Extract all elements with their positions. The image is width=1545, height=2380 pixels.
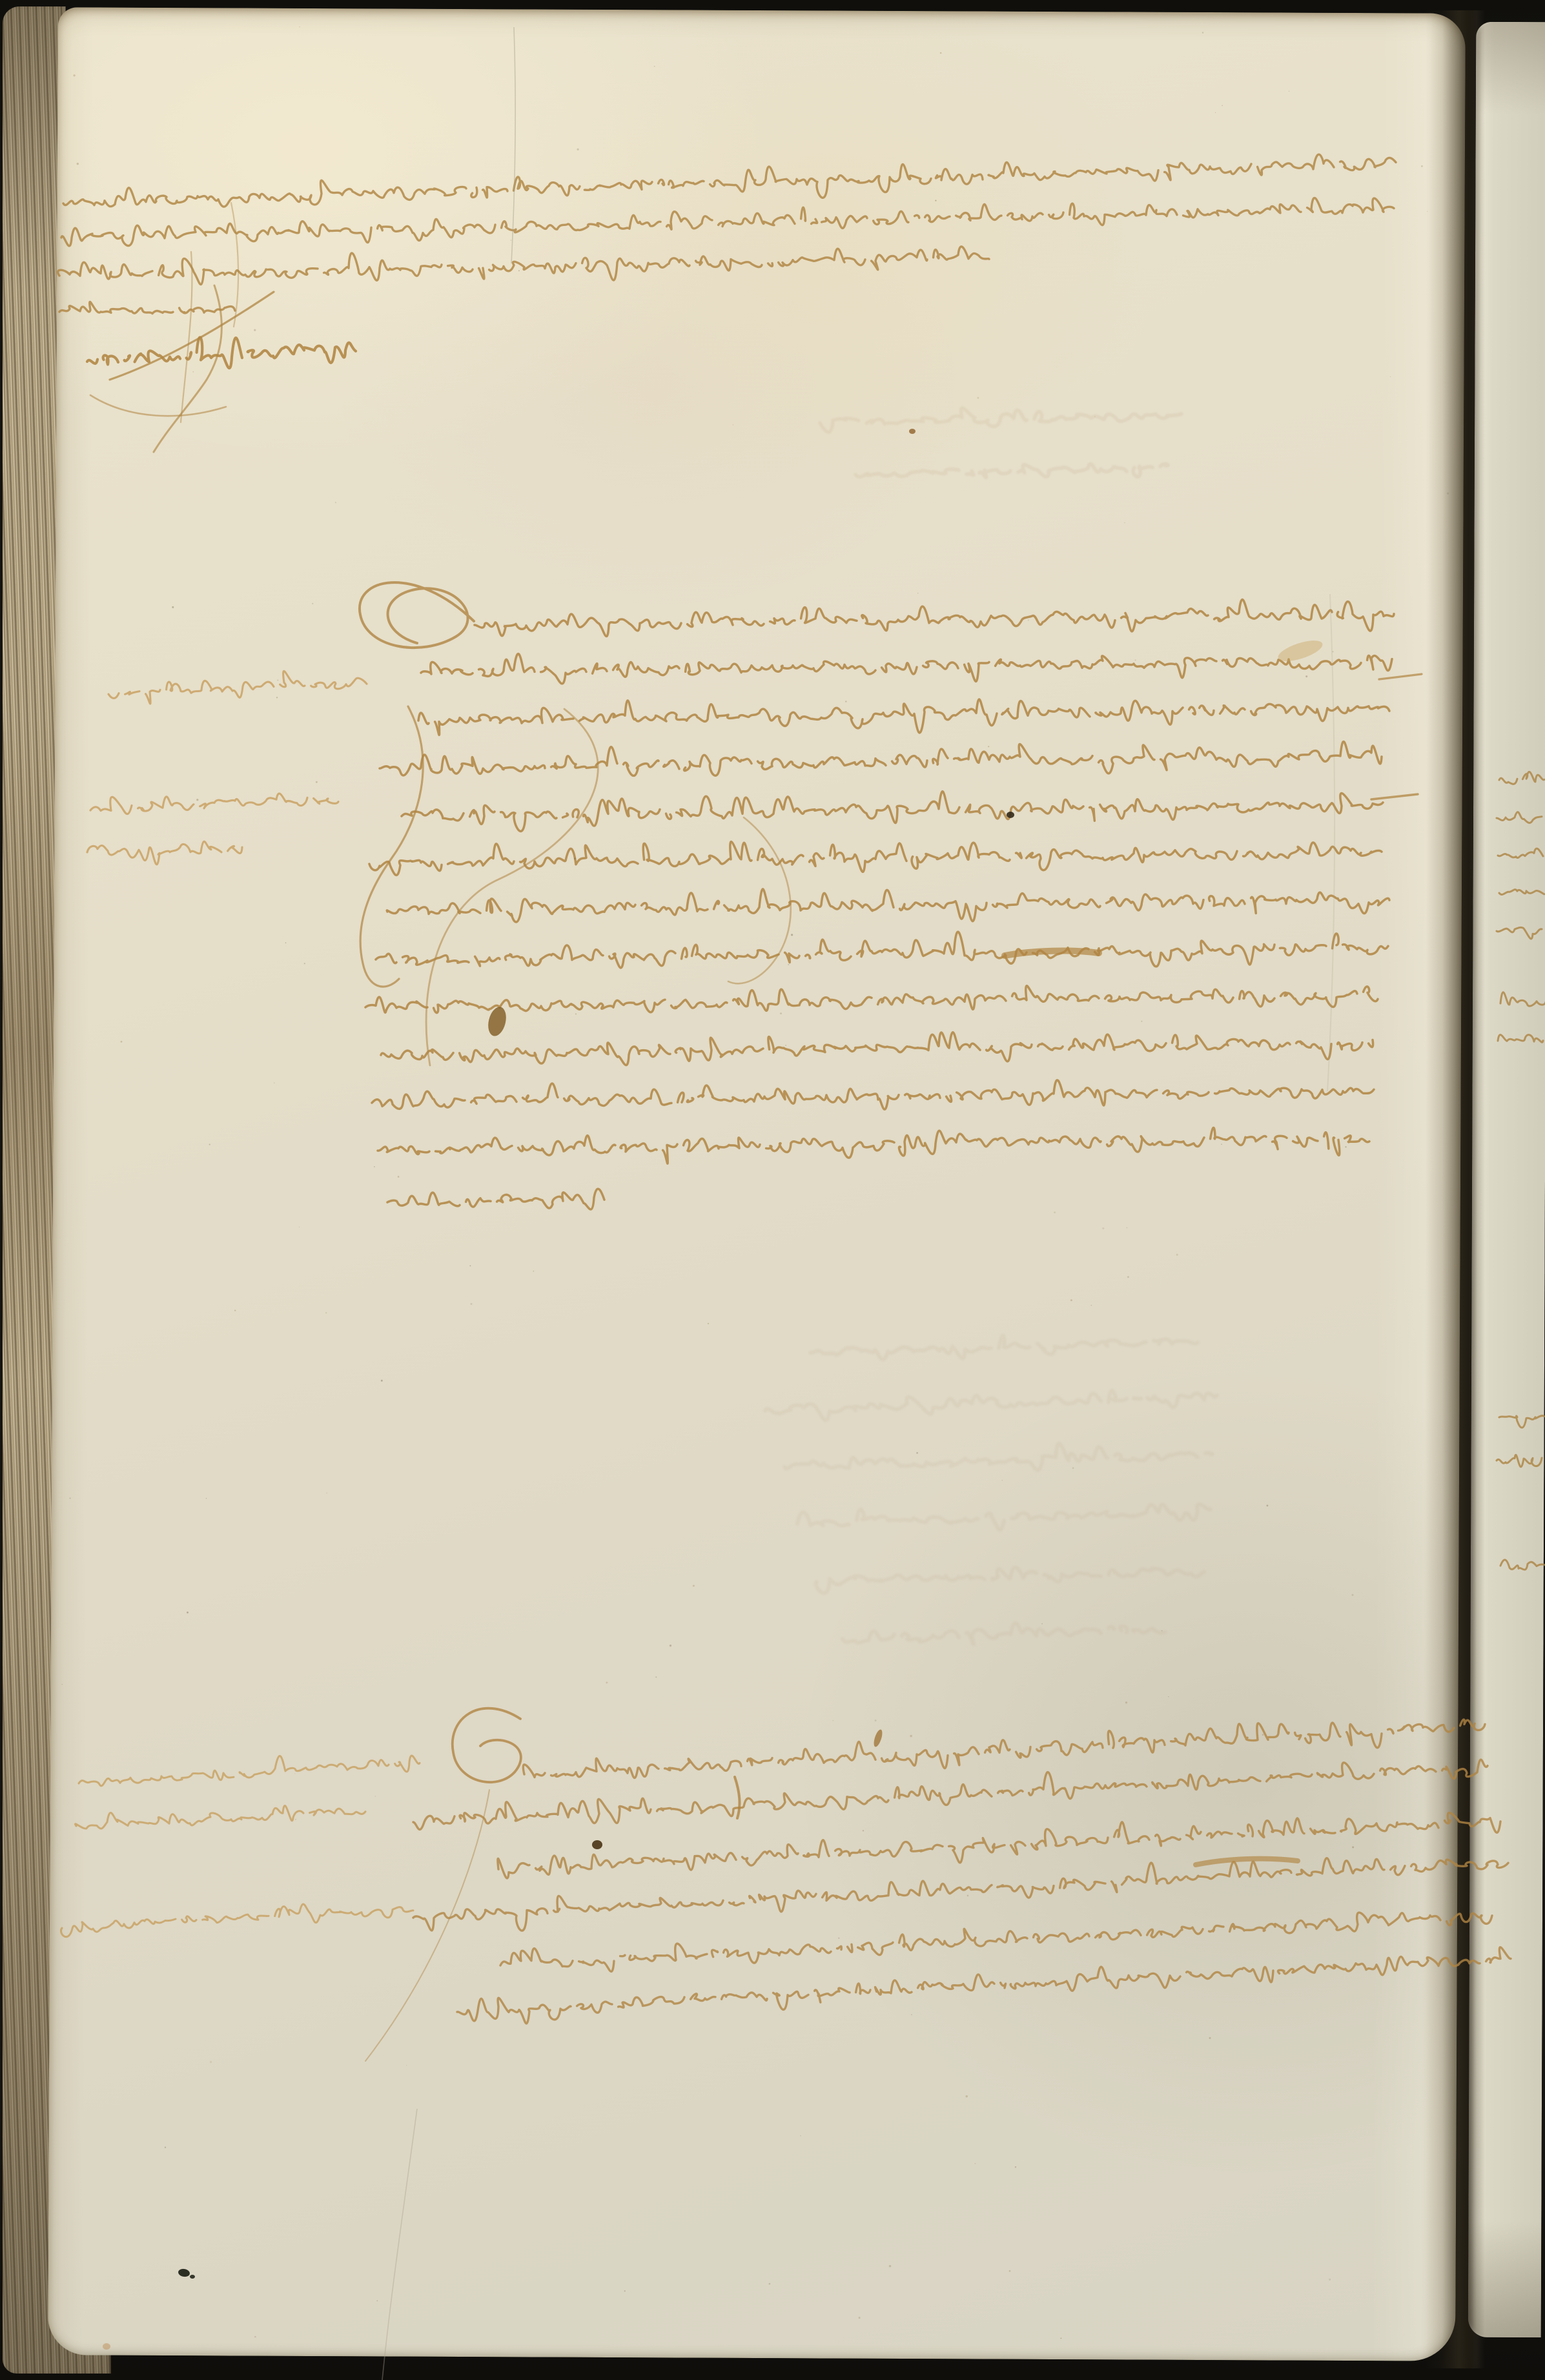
ink-flourishes: [90, 203, 1422, 2061]
handwriting-ink-layer: [0, 0, 1545, 2380]
paper-speckles: [62, 26, 1457, 2339]
ink-top-entry: [58, 154, 1396, 368]
ink-middle-entry: [365, 600, 1394, 1209]
ink-show-through-top: [820, 408, 1182, 478]
manuscript-scan: [0, 0, 1545, 2380]
ink-bottom-margin: [61, 1756, 420, 1937]
ink-next-page-fragments: [1497, 772, 1545, 1570]
ink-blots: [103, 429, 1325, 2350]
ink-middle-margin: [87, 671, 367, 865]
paper-creases: [382, 27, 1335, 2380]
ink-bottom-entry: [413, 1719, 1511, 2024]
ink-show-through-center: [765, 1335, 1217, 1644]
